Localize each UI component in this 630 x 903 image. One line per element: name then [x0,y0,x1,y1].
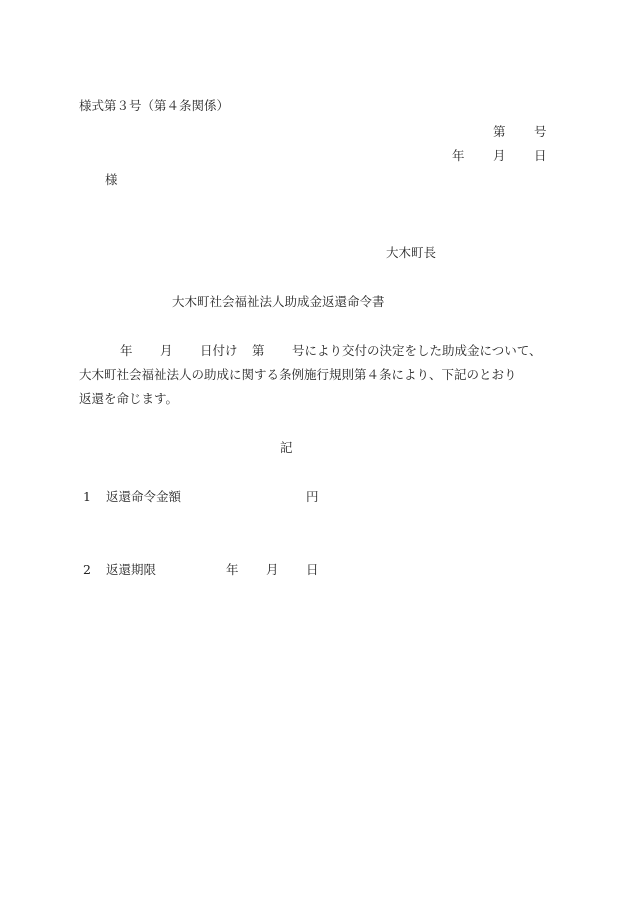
body-line3: 返還を命じます。 [79,391,178,407]
body-day-ref: 日付け [200,343,238,359]
date-day: 日 [534,148,547,164]
item-2-year: 年 [226,562,239,578]
item-2-num: 2 [83,562,91,578]
addressee: 様 [105,172,118,188]
item-1-num: 1 [83,489,91,505]
document-title: 大木町社会福祉法人助成金返還命令書 [172,294,385,310]
body-line1-rest: 号により交付の決定をした助成金について、 [292,343,542,359]
body-line2: 大木町社会福祉法人の助成に関する条例施行規則第４条により、下記のとおり [79,367,517,383]
number-go: 号 [534,124,547,140]
issuer: 大木町長 [386,245,436,261]
number-dai: 第 [493,124,506,140]
body-year: 年 [120,343,133,359]
body-month: 月 [160,343,173,359]
item-2-label: 返還期限 [106,562,156,578]
date-year: 年 [452,148,465,164]
item-2-month: 月 [266,562,279,578]
item-1-label: 返還命令金額 [106,489,181,505]
ki-heading: 記 [280,440,293,456]
date-month: 月 [493,148,506,164]
form-label: 様式第３号（第４条関係） [79,98,229,114]
item-1-unit: 円 [306,489,319,505]
body-dai: 第 [252,343,265,359]
item-2-day: 日 [306,562,319,578]
